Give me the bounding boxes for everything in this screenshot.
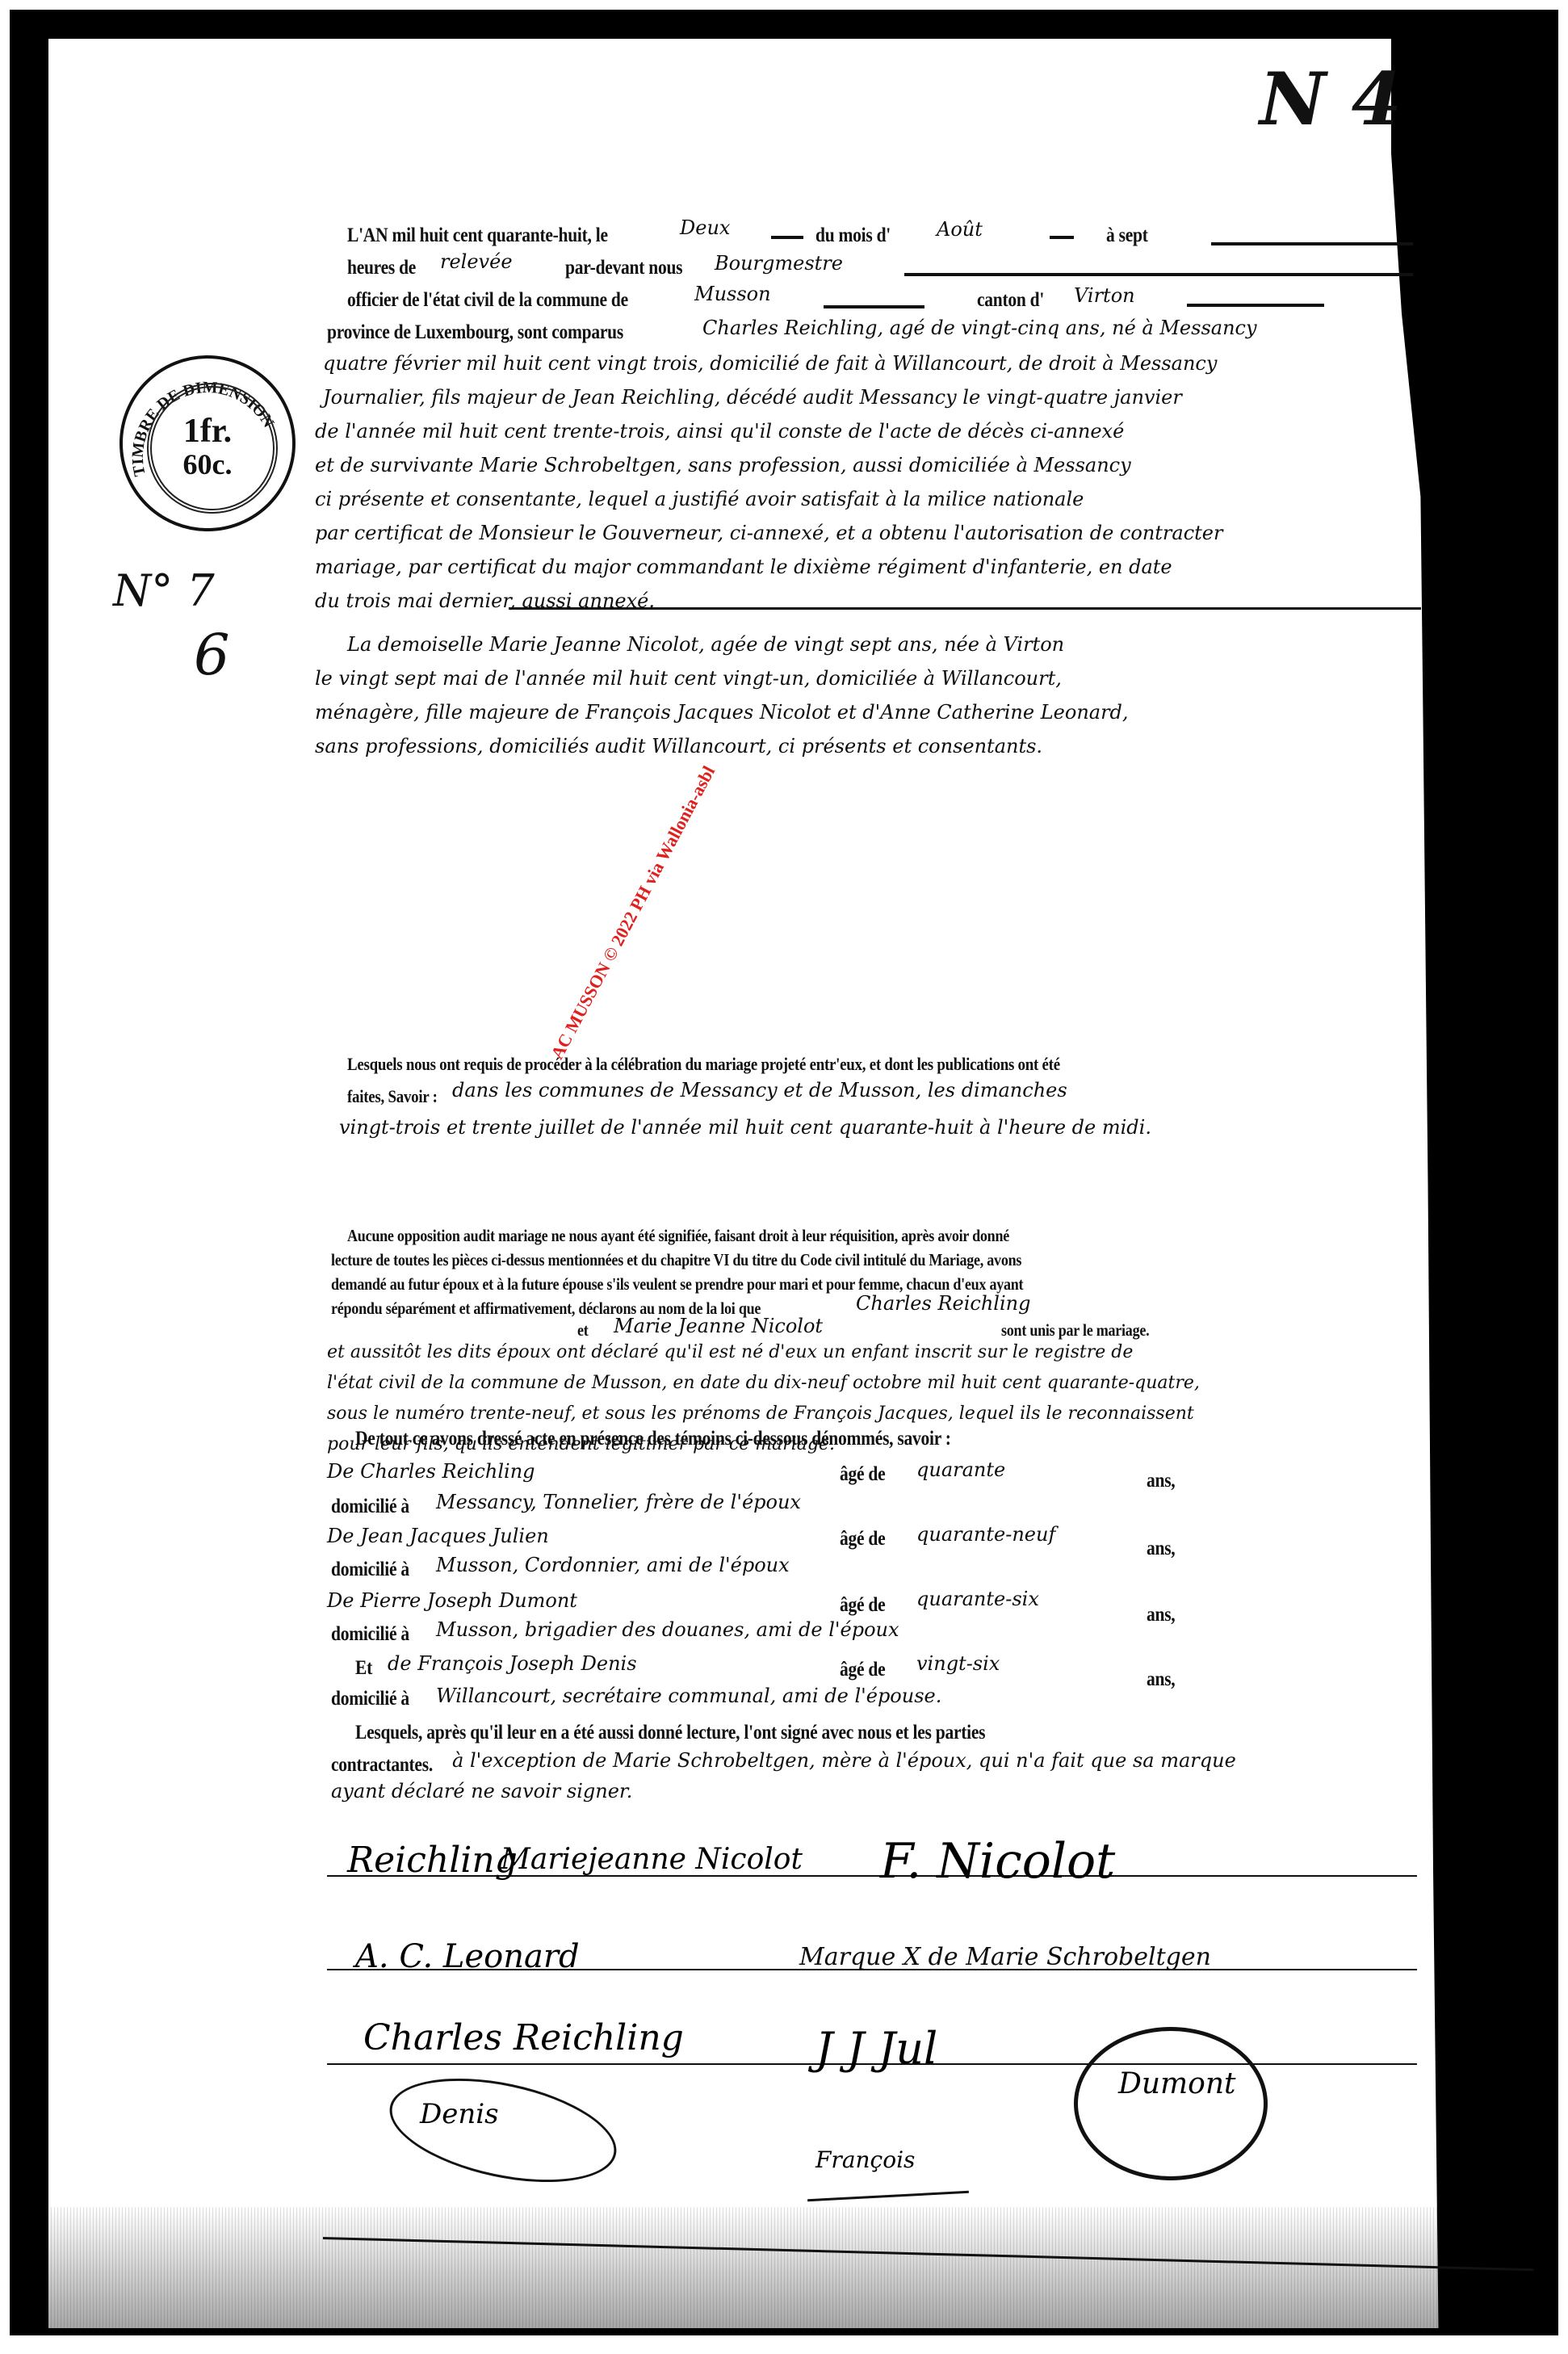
header-print-2a: heures de <box>347 257 416 279</box>
stamp-value-franc: 1fr. <box>123 412 292 451</box>
header-day: Deux <box>680 216 730 239</box>
witness-dom-label: domicilié à <box>331 1688 409 1710</box>
header-month: Août <box>937 218 983 241</box>
witness-age-label: âgé de <box>840 1528 885 1550</box>
witness-age: quarante-six <box>916 1588 1039 1610</box>
header-print-4: province de Luxembourg, sont comparus <box>327 321 623 344</box>
publications-hand-b: vingt-trois et trente juillet de l'année… <box>339 1116 1151 1139</box>
header-canton: Virton <box>1074 284 1135 307</box>
header-official: Bourgmestre <box>715 252 843 275</box>
witness-ans: ans, <box>1147 1470 1175 1492</box>
stamp-value-centimes: 60c. <box>123 447 292 481</box>
witness-dom-label: domicilié à <box>331 1559 409 1581</box>
groom-line: Journalier, fils majeur de Jean Reichlin… <box>323 386 1182 409</box>
header-print-3b: canton d' <box>977 289 1044 312</box>
groom-line: quatre février mil huit cent vingt trois… <box>323 352 1217 375</box>
groom-line: et de survivante Marie Schrobeltgen, san… <box>315 454 1131 476</box>
groom-line: par certificat de Monsieur le Gouverneur… <box>315 522 1222 544</box>
bride-line: le vingt sept mai de l'année mil huit ce… <box>315 667 1062 690</box>
bride-line: sans professions, domiciliés audit Willa… <box>315 735 1042 757</box>
declaration-et: et <box>577 1320 589 1341</box>
signature: François <box>815 2146 915 2173</box>
groom-intro: Charles Reichling, agé de vingt-cinq ans… <box>702 317 1257 339</box>
witness-name: De Pierre Joseph Dumont <box>327 1589 577 1612</box>
fill-rule <box>509 607 1421 610</box>
signature: F. Nicolot <box>880 1833 1115 1890</box>
groom-line: ci présente et consentante, lequel a jus… <box>315 488 1084 510</box>
torn-edge-shadow <box>1381 39 1486 2328</box>
witness-domicile: Willancourt, secrétaire communal, ami de… <box>436 1685 941 1707</box>
publications-print-a: Lesquels nous ont requis de procéder à l… <box>347 1054 1060 1075</box>
witness-ans: ans, <box>1147 1668 1175 1691</box>
witness-ans: ans, <box>1147 1538 1175 1560</box>
signature: Mariejeanne Nicolot <box>501 1843 803 1876</box>
fiscal-stamp: TIMBRE DE DIMENSION 1fr. 60c. <box>119 355 296 531</box>
groom-line: mariage, par certificat du major command… <box>315 556 1172 578</box>
witness-age-label: âgé de <box>840 1594 885 1617</box>
closing-hand-b: ayant déclaré ne savoir signer. <box>331 1780 632 1802</box>
witness-age-label: âgé de <box>840 1659 885 1681</box>
signature: Charles Reichling <box>363 2017 684 2058</box>
header-print-1c: à sept <box>1106 224 1148 247</box>
page-mark: N 4 <box>1260 57 1402 142</box>
signature: Reichling <box>347 1840 518 1881</box>
legitimation-line: sous le numéro trente-neuf, et sous les … <box>327 1404 1194 1424</box>
witness-age: vingt-six <box>916 1652 1000 1675</box>
witness-ans: ans, <box>1147 1604 1175 1626</box>
witness-age: quarante-neuf <box>916 1523 1055 1546</box>
signature-flourish <box>1074 2027 1268 2180</box>
declaration-groom-name: Charles Reichling <box>856 1292 1030 1315</box>
fill-rule <box>904 273 1413 276</box>
signature: Denis <box>420 2098 499 2130</box>
witness-domicile: Musson, Cordonnier, ami de l'époux <box>436 1554 790 1576</box>
witness-dom-label: domicilié à <box>331 1496 409 1518</box>
fill-rule <box>771 236 803 239</box>
closing-print-b: contractantes. <box>331 1754 433 1777</box>
margin-act-number: N° 7 <box>113 565 215 616</box>
witness-age-label: âgé de <box>840 1463 885 1486</box>
fill-rule <box>1187 304 1324 307</box>
witness-name: de François Joseph Denis <box>388 1652 637 1675</box>
header-commune: Musson <box>694 283 771 305</box>
legitimation-line: l'état civil de la commune de Musson, en… <box>327 1373 1200 1393</box>
fill-rule <box>1211 242 1413 245</box>
witness-prefix: Et <box>355 1657 372 1680</box>
witness-name: De Jean Jacques Julien <box>327 1525 549 1547</box>
groom-line: de l'année mil huit cent trente-trois, a… <box>315 420 1124 443</box>
header-print-2b: par-devant nous <box>565 257 682 279</box>
fill-rule <box>1050 236 1074 239</box>
header-print-1b: du mois d' <box>815 224 891 247</box>
closing-hand-a: à l'exception de Marie Schrobeltgen, mèr… <box>452 1749 1236 1772</box>
publications-print-b: faites, Savoir : <box>347 1086 438 1107</box>
signature: A. C. Leonard <box>355 1938 580 1975</box>
legitimation-line: et aussitôt les dits époux ont déclaré q… <box>327 1342 1133 1362</box>
witness-age: quarante <box>916 1458 1005 1481</box>
header-print-3a: officier de l'état civil de la commune d… <box>347 289 628 312</box>
witness-domicile: Musson, brigadier des douanes, ami de l'… <box>436 1618 899 1641</box>
witness-name: De Charles Reichling <box>327 1460 535 1483</box>
fill-rule <box>824 305 924 308</box>
signature: Dumont <box>1118 2067 1236 2100</box>
declaration-line: Aucune opposition audit mariage ne nous … <box>347 1226 1009 1246</box>
signature-mark: Marque X de Marie Schrobeltgen <box>799 1943 1211 1971</box>
bride-line: La demoiselle Marie Jeanne Nicolot, agée… <box>347 633 1064 656</box>
margin-act-number-sub: 6 <box>194 622 230 688</box>
witnesses-intro: De tout ce avons dressé acte en présence… <box>355 1428 951 1450</box>
signature: J J Jul <box>815 2023 937 2074</box>
witness-domicile: Messancy, Tonnelier, frère de l'époux <box>436 1491 801 1513</box>
declaration-unis: sont unis par le mariage. <box>1001 1320 1149 1341</box>
publications-hand-a: dans les communes de Messancy et de Muss… <box>452 1079 1067 1101</box>
closing-print-a: Lesquels, après qu'il leur en a été auss… <box>355 1722 985 1744</box>
declaration-bride-name: Marie Jeanne Nicolot <box>614 1315 823 1337</box>
header-time-of-day: relevée <box>440 250 513 273</box>
header-print-1a: L'AN mil huit cent quarante-huit, le <box>347 224 608 247</box>
declaration-line: lecture de toutes les pièces ci-dessus m… <box>331 1250 1021 1270</box>
bride-line: ménagère, fille majeure de François Jacq… <box>315 701 1129 724</box>
witness-dom-label: domicilié à <box>331 1623 409 1646</box>
